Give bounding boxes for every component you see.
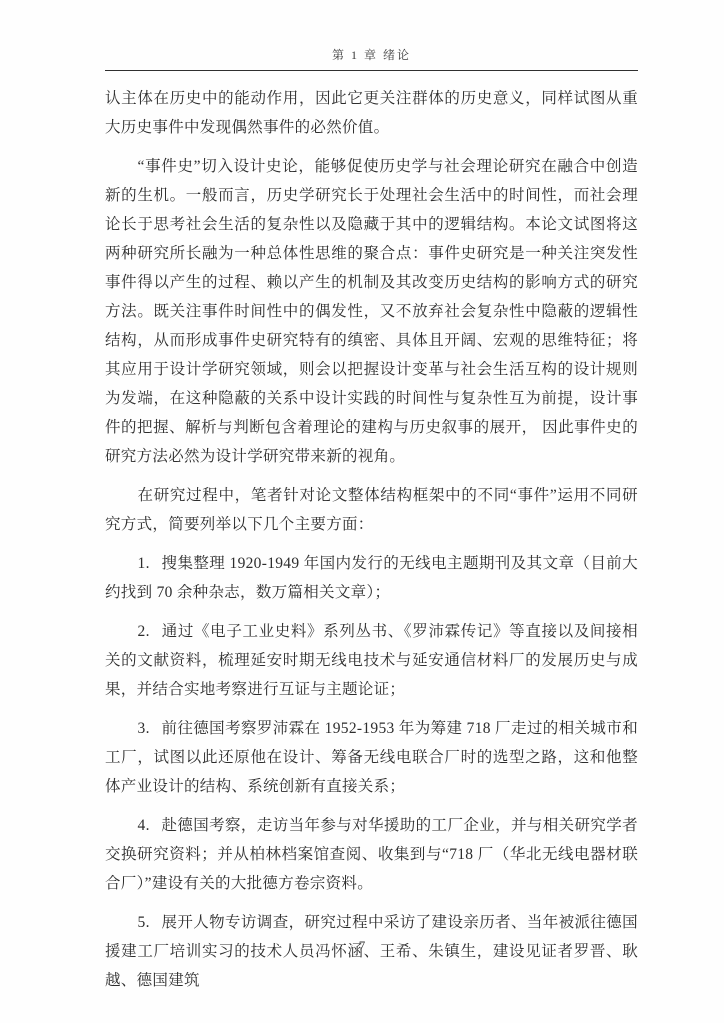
running-head-chapter-title: 第 1 章 绪论 [105, 46, 638, 70]
page-footer: 7 [0, 937, 724, 955]
list-item-text: 赴德国考察，走访当年参与对华援助的工厂企业，并与相关研究学者交换研究资料；并从柏… [105, 817, 638, 892]
list-item-number: 5. [138, 914, 150, 931]
list-item-number: 3. [138, 720, 150, 737]
list-item-number: 4. [138, 817, 150, 834]
list-item-number: 2. [138, 623, 150, 640]
page-number: 7 [359, 938, 366, 953]
body-paragraph-continuation: 认主体在历史中的能动作用，因此它更关注群体的历史意义，同样试图从重大历史事件中发… [105, 84, 638, 142]
list-item: 1.搜集整理 1920-1949 年国内发行的无线电主题期刊及其文章（目前大约找… [105, 549, 638, 607]
list-item-number: 1. [138, 555, 150, 572]
document-page: 第 1 章 绪论 认主体在历史中的能动作用，因此它更关注群体的历史意义，同样试图… [0, 0, 724, 1023]
body-paragraph: “事件史”切入设计史论，能够促使历史学与社会理论研究在融合中创造新的生机。一般而… [105, 152, 638, 471]
list-item: 4.赴德国考察，走访当年参与对华援助的工厂企业，并与相关研究学者交换研究资料；并… [105, 811, 638, 898]
body-paragraph-list-intro: 在研究过程中，笔者针对论文整体结构框架中的不同“事件”运用不同研究方式，简要列举… [105, 481, 638, 539]
list-item-text: 通过《电子工业史料》系列丛书、《罗沛霖传记》等直接以及间接相关的文献资料，梳理延… [105, 623, 638, 698]
list-item: 2.通过《电子工业史料》系列丛书、《罗沛霖传记》等直接以及间接相关的文献资料，梳… [105, 617, 638, 704]
list-item-text: 前往德国考察罗沛霖在 1952-1953 年为筹建 718 厂走过的相关城市和工… [105, 720, 638, 795]
header-rule [105, 70, 638, 71]
list-item: 3.前往德国考察罗沛霖在 1952-1953 年为筹建 718 厂走过的相关城市… [105, 714, 638, 801]
content-column: 第 1 章 绪论 认主体在历史中的能动作用，因此它更关注群体的历史意义，同样试图… [105, 46, 638, 1005]
list-item-text: 搜集整理 1920-1949 年国内发行的无线电主题期刊及其文章（目前大约找到 … [105, 555, 638, 601]
